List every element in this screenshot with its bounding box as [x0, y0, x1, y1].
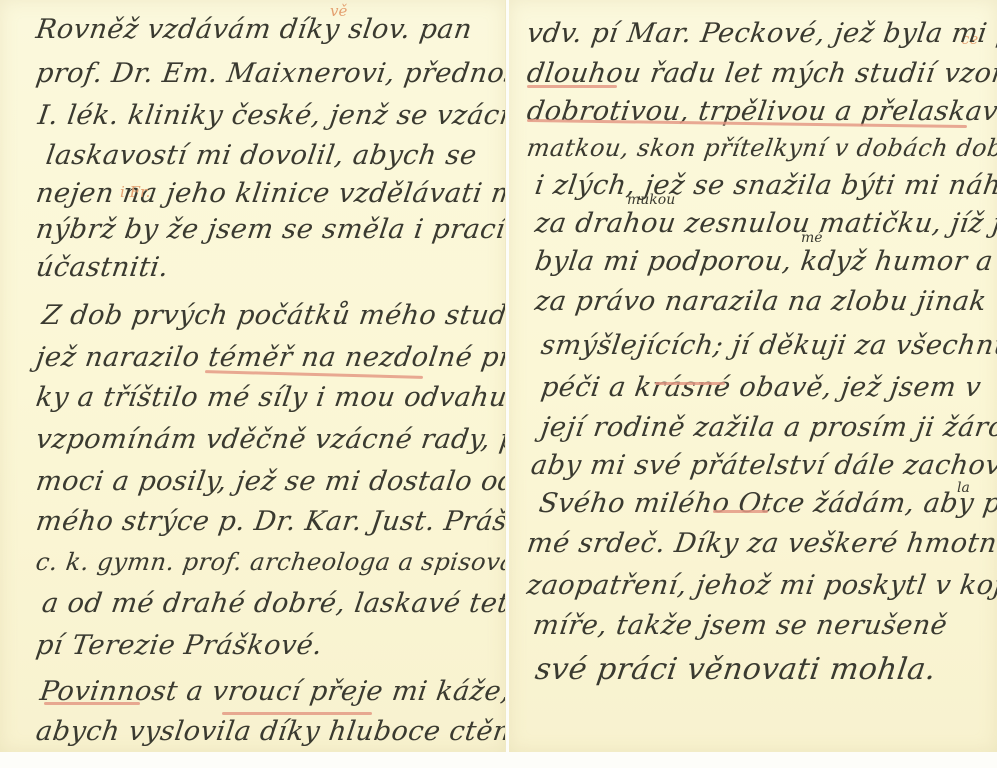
text-line: Z dob prvých počátků mého studia, [40, 300, 506, 331]
red-underline [527, 85, 617, 88]
text-line: péči a krásné obavě, jež jsem v [539, 372, 983, 403]
text-line: prof. Dr. Em. Maixnerovi, přednostovi [34, 58, 506, 89]
text-line: laskavostí mi dovolil, abych se [44, 140, 479, 171]
text-line: své práci věnovati mohla. [533, 652, 938, 687]
red-margin-annotation: i Fr. [120, 183, 150, 201]
text-line: pí Terezie Práškové. [34, 630, 325, 661]
right-page: ce vdv. pí Mar. Peckové, jež byla mi po … [509, 0, 997, 752]
red-underline [713, 510, 768, 513]
text-line: byla mi podporou, když humor a zábava [533, 246, 997, 277]
text-line: jež narazilo téměř na nezdolné překáž- [34, 342, 506, 373]
insert-annotation: mé [801, 230, 823, 246]
text-line: aby mi své přátelství dále zachovala. [529, 450, 997, 481]
text-line: nýbrž by že jsem se směla i prací klin. [34, 214, 506, 245]
text-line: mého strýce p. Dr. Kar. Just. Práška [34, 506, 506, 537]
text-line: i zlých, jež se snažila býti mi náhradou [533, 170, 997, 201]
text-line: matkou, skon přítelkyní v dobách dobrých [525, 134, 997, 162]
text-line: I. lék. kliniky české, jenž se vzácnou [36, 100, 506, 131]
text-line: Svého milého Otce žádám, aby přijal [537, 488, 997, 519]
text-line: Rovněž vzdávám díky slov. pan [34, 14, 474, 45]
text-line: smýšlejících; jí děkuji za všechnu [539, 330, 997, 361]
text-line: vdv. pí Mar. Peckové, jež byla mi po [525, 18, 997, 49]
text-line: za právo narazila na zlobu jinak [533, 286, 989, 317]
red-underline [655, 382, 725, 385]
text-line: moci a posily, jež se mi dostalo od [34, 466, 506, 497]
text-line: zaopatření, jehož mi poskytl v kojné [525, 570, 997, 601]
text-line: míře, takže jsem se nerušeně [531, 610, 949, 641]
text-line: nejen na jeho klinice vzdělávati mohla, [34, 178, 506, 209]
text-line: abych vyslovila díky hluboce ctěné [34, 716, 506, 747]
text-line: za drahou zesnulou matičku, jíž jediná [533, 208, 997, 239]
text-line: vzpomínám vděčně vzácné rady, po- [34, 424, 506, 455]
text-line: účastniti. [34, 252, 171, 283]
red-underline [44, 702, 140, 705]
text-line: její rodině zažila a prosím ji žároveň, [539, 412, 997, 443]
red-underline [222, 712, 372, 715]
insert-annotation: mukou [627, 192, 675, 208]
text-line: ky a tříštilo mé síly i mou odvahu, [34, 382, 506, 413]
text-line: c. k. gymn. prof. archeologa a spisovate… [34, 548, 506, 576]
left-page: vě Rovněž vzdávám díky slov. pan prof. D… [0, 0, 506, 752]
text-line: mé srdeč. Díky za veškeré hmotné [525, 528, 997, 559]
text-line: a od mé drahé dobré, laskavé tety [40, 588, 506, 619]
